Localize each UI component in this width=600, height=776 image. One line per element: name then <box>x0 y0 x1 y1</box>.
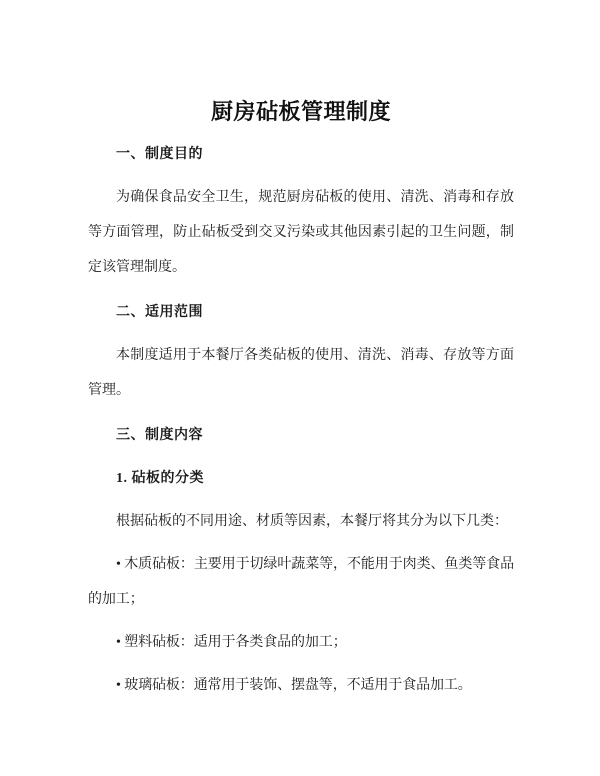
document-page: 厨房砧板管理制度 一、制度目的 为确保食品安全卫生，规范厨房砧板的使用、清洗、消… <box>0 0 600 776</box>
subsection-heading-classification: 1. 砧板的分类 <box>88 461 514 496</box>
paragraph-purpose: 为确保食品安全卫生，规范厨房砧板的使用、清洗、消毒和存放等方面管理，防止砧板受到… <box>88 180 514 285</box>
section-heading-scope: 二、适用范围 <box>88 295 514 330</box>
section-heading-content: 三、制度内容 <box>88 418 514 453</box>
document-title: 厨房砧板管理制度 <box>88 97 514 127</box>
section-heading-purpose: 一、制度目的 <box>88 137 514 172</box>
bullet-wooden-board: • 木质砧板：主要用于切绿叶蔬菜等，不能用于肉类、鱼类等食品的加工； <box>88 547 514 617</box>
bullet-plastic-board: • 塑料砧板：适用于各类食品的加工； <box>88 625 514 660</box>
bullet-glass-board: • 玻璃砧板：通常用于装饰、摆盘等，不适用于食品加工。 <box>88 668 514 703</box>
paragraph-scope: 本制度适用于本餐厅各类砧板的使用、清洗、消毒、存放等方面管理。 <box>88 338 514 408</box>
paragraph-classification-intro: 根据砧板的不同用途、材质等因素，本餐厅将其分为以下几类： <box>88 504 514 539</box>
